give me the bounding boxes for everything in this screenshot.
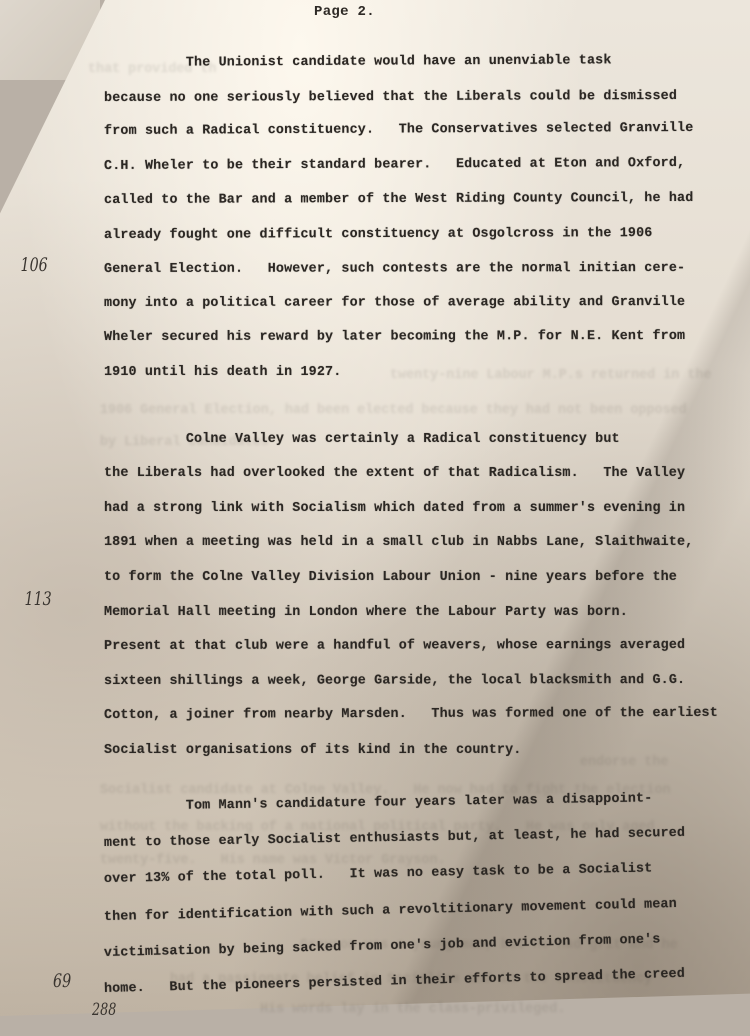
text-line: Socialist organisations of its kind in t… bbox=[104, 743, 521, 758]
text-line: mony into a political career for those o… bbox=[104, 295, 685, 311]
text-line: C.H. Wheler to be their standard bearer.… bbox=[104, 156, 685, 174]
text-line: had a strong link with Socialism which d… bbox=[104, 501, 685, 516]
margin-note: 113 bbox=[25, 588, 52, 610]
bleed-through-text: twenty-nine Labour M.P.s returned in the bbox=[390, 368, 711, 383]
bleed-through-text: endorse the bbox=[580, 755, 668, 770]
text-line: sixteen shillings a week, George Garside… bbox=[104, 673, 685, 689]
margin-note: 69 bbox=[53, 970, 71, 992]
text-line: Memorial Hall meeting in London where th… bbox=[104, 605, 628, 620]
bleed-through-text: His words lay in the class-privileged. bbox=[260, 1002, 565, 1017]
text-line: already fought one difficult constituenc… bbox=[104, 226, 653, 243]
text-line: The Unionist candidate would have an une… bbox=[104, 53, 612, 71]
margin-note: 106 bbox=[21, 254, 48, 276]
text-line: 1910 until his death in 1927. bbox=[104, 365, 341, 380]
text-line: called to the Bar and a member of the We… bbox=[104, 191, 693, 208]
text-line: Present at that club were a handful of w… bbox=[104, 638, 685, 654]
text-line: because no one seriously believed that t… bbox=[104, 89, 677, 106]
margin-note: 288 bbox=[92, 1000, 116, 1020]
text-line: the Liberals had overlooked the extent o… bbox=[104, 466, 685, 481]
text-line: 1891 when a meeting was held in a small … bbox=[104, 535, 693, 550]
text-line: General Election. However, such contests… bbox=[104, 261, 685, 277]
text-line: from such a Radical constituency. The Co… bbox=[104, 121, 693, 139]
bleed-through-text: 1906 General Election, had been elected … bbox=[100, 403, 687, 418]
text-line: Colne Valley was certainly a Radical con… bbox=[104, 432, 620, 447]
text-line: to form the Colne Valley Division Labour… bbox=[104, 570, 677, 585]
text-line: Cotton, a joiner from nearby Marsden. Th… bbox=[104, 706, 718, 723]
text-line: Wheler secured his reward by later becom… bbox=[104, 329, 685, 345]
page-number: Page 2. bbox=[314, 4, 375, 20]
